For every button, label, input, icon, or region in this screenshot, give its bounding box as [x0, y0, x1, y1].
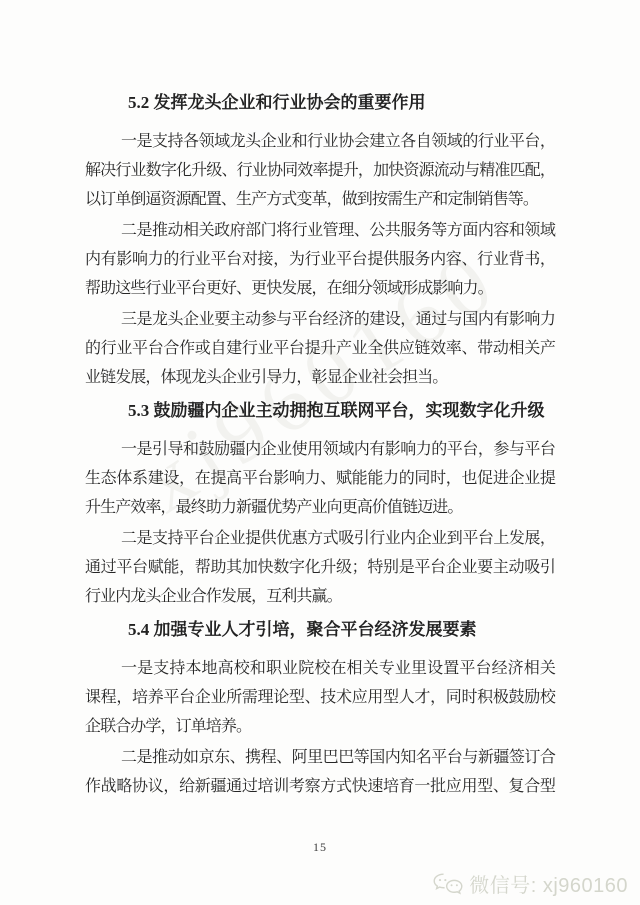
paragraph: 三是龙头企业要主动参与平台经济的建设，通过与国内有影响力 的行业平台合作或自建行…: [85, 305, 555, 392]
wechat-id-label: 微信号: xj960160: [469, 869, 628, 898]
paragraph: 一是引导和鼓励疆内企业使用领域内有影响力的平台，参与平台 生态体系建设，在提高平…: [85, 435, 555, 522]
text-line: 二是推动相关政府部门将行业管理、公共服务等方面内容和领域: [85, 216, 555, 245]
paragraph: 二是推动相关政府部门将行业管理、公共服务等方面内容和领域 内有影响力的行业平台对…: [85, 216, 555, 303]
text-line: 以订单倒逼资源配置、生产方式变革，做到按需生产和定制销售等。: [85, 185, 555, 214]
text-line: 内有影响力的行业平台对接，为行业平台提供服务内容、行业背书，: [85, 245, 555, 274]
text-line: 企联合办学，订单培养。: [85, 712, 555, 741]
document-page: xj960160 5.2 发挥龙头企业和行业协会的重要作用 一是支持各领域龙头企…: [0, 0, 640, 905]
text-line: 生态体系建设，在提高平台影响力、赋能能力的同时，也促进企业提: [85, 464, 555, 493]
text-line: 三是龙头企业要主动参与平台经济的建设，通过与国内有影响力: [85, 305, 555, 334]
text-line: 升生产效率，最终助力新疆优势产业向更高价值链迈进。: [85, 493, 555, 522]
paragraph: 一是支持各领域龙头企业和行业协会建立各自领域的行业平台， 解决行业数字化升级、行…: [85, 127, 555, 214]
text-line: 课程，培养平台企业所需理论型、技术应用型人才，同时积极鼓励校: [85, 683, 555, 712]
paragraph: 二是推动如京东、携程、阿里巴巴等国内知名平台与新疆签订合 作战略协议，给新疆通过…: [85, 743, 555, 801]
section-heading-5-3: 5.3 鼓励疆内企业主动拥抱互联网平台，实现数字化升级: [85, 396, 555, 425]
text-line: 的行业平台合作或自建行业平台提升产业全供应链效率、带动相关产: [85, 334, 555, 363]
wechat-icon: [432, 871, 464, 897]
text-line: 帮助这些行业平台更好、更快发展，在细分领域形成影响力。: [85, 274, 555, 303]
text-line: 一是引导和鼓励疆内企业使用领域内有影响力的平台，参与平台: [85, 435, 555, 464]
page-number: 15: [0, 840, 640, 855]
text-line: 业链发展，体现龙头企业引导力，彰显企业社会担当。: [85, 363, 555, 392]
text-line: 通过平台赋能，帮助其加快数字化升级；特别是平台企业要主动吸引: [85, 553, 555, 582]
wechat-footer: 微信号: xj960160: [432, 869, 628, 898]
paragraph: 二是支持平台企业提供优惠方式吸引行业内企业到平台上发展， 通过平台赋能，帮助其加…: [85, 524, 555, 611]
section-heading-5-2: 5.2 发挥龙头企业和行业协会的重要作用: [85, 88, 555, 117]
text-line: 一是支持本地高校和职业院校在相关专业里设置平台经济相关: [85, 654, 555, 683]
text-line: 行业内龙头企业合作发展，互利共赢。: [85, 582, 555, 611]
text-line: 二是支持平台企业提供优惠方式吸引行业内企业到平台上发展，: [85, 524, 555, 553]
text-line: 解决行业数字化升级、行业协同效率提升，加快资源流动与精准匹配，: [85, 156, 555, 185]
document-content: 5.2 发挥龙头企业和行业协会的重要作用 一是支持各领域龙头企业和行业协会建立各…: [85, 84, 555, 803]
text-line: 二是推动如京东、携程、阿里巴巴等国内知名平台与新疆签订合: [85, 743, 555, 772]
text-line: 一是支持各领域龙头企业和行业协会建立各自领域的行业平台，: [85, 127, 555, 156]
section-heading-5-4: 5.4 加强专业人才引培，聚合平台经济发展要素: [85, 615, 555, 644]
text-line: 作战略协议，给新疆通过培训考察方式快速培育一批应用型、复合型: [85, 772, 555, 801]
paragraph: 一是支持本地高校和职业院校在相关专业里设置平台经济相关 课程，培养平台企业所需理…: [85, 654, 555, 741]
